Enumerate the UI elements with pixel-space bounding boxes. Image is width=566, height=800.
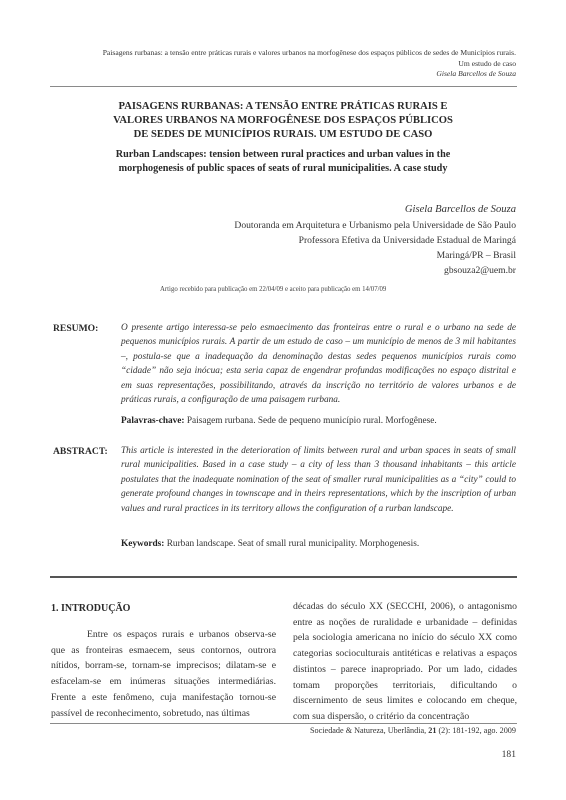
title-pt-line: PAISAGENS RURBANAS: A TENSÃO ENTRE PRÁTI…	[50, 100, 516, 114]
footer-divider	[50, 723, 517, 724]
title-pt-line: DE SEDES DE MUNICÍPIOS RURAIS. UM ESTUDO…	[50, 128, 516, 142]
title-en-line: Rurban Landscapes: tension between rural…	[50, 148, 516, 162]
abstract-label: ABSTRACT:	[53, 446, 108, 457]
running-header-title: Paisagens rurbanas: a tensão entre práti…	[50, 48, 516, 59]
keywords-text: Paisagem rurbana. Sede de pequeno municí…	[187, 416, 437, 426]
resumo-keywords: Palavras-chave: Paisagem rurbana. Sede d…	[121, 414, 516, 428]
abstract-text: This article is interested in the deteri…	[121, 444, 516, 516]
body-column-left: Entre os espaços rurais e urbanos observ…	[51, 627, 276, 721]
abstract-keywords: Keywords: Rurban landscape. Seat of smal…	[121, 537, 516, 551]
footer-citation: Sociedade & Natureza, Uberlândia, 21 (2)…	[200, 726, 516, 735]
running-header-author: Gisela Barcellos de Souza	[50, 69, 516, 80]
journal-name: Sociedade & Natureza, Uberlândia,	[310, 726, 428, 735]
keywords-label: Keywords:	[121, 539, 164, 549]
section-heading: 1. INTRODUÇÃO	[51, 603, 130, 614]
article-title-en: Rurban Landscapes: tension between rural…	[50, 148, 516, 176]
keywords-text: Rurban landscape. Seat of small rural mu…	[167, 539, 419, 549]
body-column-right: décadas do século XX (SECCHI, 2006), o a…	[293, 599, 517, 725]
author-email[interactable]: gbsouza2@uem.br	[200, 263, 516, 278]
resumo-text: O presente artigo interessa-se pelo esma…	[121, 321, 516, 407]
author-affiliation: Doutoranda em Arquitetura e Urbanismo pe…	[200, 218, 516, 233]
page-number: 181	[400, 749, 516, 760]
title-pt-line: VALORES URBANOS NA MORFOGÊNESE DOS ESPAÇ…	[50, 114, 516, 128]
resumo-label: RESUMO:	[53, 323, 98, 334]
author-block: Gisela Barcellos de Souza Doutoranda em …	[200, 202, 516, 278]
author-location: Maringá/PR – Brasil	[200, 248, 516, 263]
abstract-divider	[50, 576, 517, 578]
author-affiliation: Professora Efetiva da Universidade Estad…	[200, 233, 516, 248]
keywords-label: Palavras-chave:	[121, 416, 185, 426]
article-title-pt: PAISAGENS RURBANAS: A TENSÃO ENTRE PRÁTI…	[50, 100, 516, 143]
journal-issue-pages: (2): 181-192, ago. 2009	[436, 726, 516, 735]
title-en-line: morphogenesis of public spaces of seats …	[50, 162, 516, 176]
running-header-title-cont: Um estudo de caso	[50, 59, 516, 70]
header-divider	[50, 86, 517, 87]
author-name: Gisela Barcellos de Souza	[200, 202, 516, 218]
running-header: Paisagens rurbanas: a tensão entre práti…	[50, 48, 516, 80]
received-note: Artigo recebido para publicação em 22/04…	[50, 286, 516, 293]
